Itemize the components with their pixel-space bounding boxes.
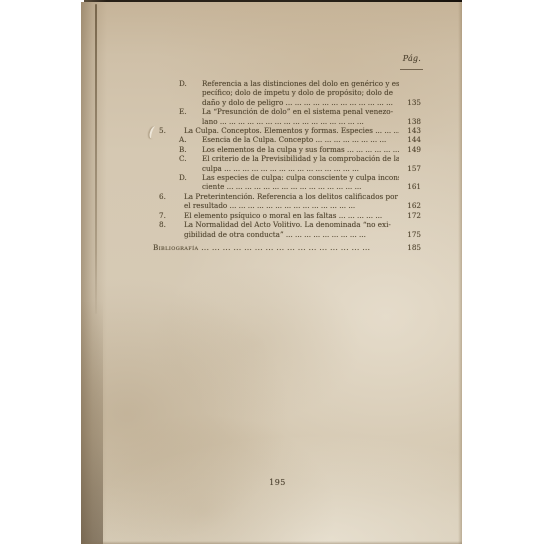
toc-line-label: C. (179, 154, 202, 163)
toc-line-page-number: 185 (404, 243, 421, 252)
toc-line: Bibliografía ... ... ... ... ... ... ...… (153, 243, 421, 252)
toc-line-page-number: 138 (404, 117, 421, 126)
toc-line-text: La “Presunción de dolo” en el sistema pe… (202, 107, 404, 116)
toc-line-text: La Preterintención. Referencia a los del… (184, 192, 404, 201)
toc-line-label: 7. (159, 211, 184, 220)
toc-line-label: D. (179, 173, 202, 182)
page-column-header: Pág. (403, 54, 421, 63)
toc-line-text: lano ... ... ... ... ... ... ... ... ...… (202, 117, 404, 126)
toc-line: B.Los elementos de la culpa y sus formas… (153, 145, 421, 154)
book-page: Pág. D.Referencia a las distinciones del… (81, 2, 462, 544)
toc-line-page-number: 143 (404, 126, 421, 135)
toc-line-label: A. (179, 135, 202, 144)
toc-line-page-number: 172 (404, 211, 421, 220)
toc-line-page-number: 161 (404, 182, 421, 191)
toc-line: 8.La Normalidad del Acto Volitivo. La de… (153, 220, 421, 229)
toc-line-label: D. (179, 79, 202, 88)
toc-line: culpa ... ... ... ... ... ... ... ... ..… (153, 164, 421, 173)
toc-line: lano ... ... ... ... ... ... ... ... ...… (153, 117, 421, 126)
page-bottom-edge (81, 541, 462, 544)
toc-line-page-number: 162 (404, 201, 421, 210)
toc-line-text: Esencia de la Culpa. Concepto ... ... ..… (202, 135, 404, 144)
toc-line: C.El criterio de la Previsibilidad y la … (153, 154, 421, 163)
table-of-contents: D.Referencia a las distinciones del dolo… (153, 79, 421, 252)
toc-line-page-number: 149 (404, 145, 421, 154)
scanned-book-photo: Pág. D.Referencia a las distinciones del… (0, 0, 550, 550)
toc-line-text: Las especies de culpa: culpa consciente … (202, 173, 404, 182)
gutter-crease-line (95, 4, 97, 314)
toc-line-text: El criterio de la Previsibilidad y la co… (202, 154, 404, 163)
toc-line-label: 8. (159, 220, 184, 229)
toc-line-page-number: 144 (404, 135, 421, 144)
toc-line: daño y dolo de peligro ... ... ... ... .… (153, 98, 421, 107)
gutter-bottom-shadow (81, 300, 103, 544)
toc-line: 7.El elemento psíquico o moral en las fa… (153, 211, 421, 220)
toc-line-text: La Normalidad del Acto Volitivo. La deno… (184, 220, 404, 229)
page-right-edge (458, 2, 462, 544)
toc-line-label: 6. (159, 192, 184, 201)
toc-line-text: el resultado ... ... ... ... ... ... ...… (184, 201, 404, 210)
toc-line-text: ciente ... ... ... ... ... ... ... ... .… (202, 182, 404, 191)
toc-line: 6.La Preterintención. Referencia a los d… (153, 192, 421, 201)
toc-line-label: 5. (159, 126, 184, 135)
toc-line-text: Los elementos de la culpa y sus formas .… (202, 145, 404, 154)
toc-line-text: daño y dolo de peligro ... ... ... ... .… (202, 98, 404, 107)
toc-line-text: El elemento psíquico o moral en las falt… (184, 211, 404, 220)
toc-line: gibilidad de otra conducta” ... ... ... … (153, 230, 421, 239)
page-column-header-rule (400, 69, 423, 70)
toc-line: E.La “Presunción de dolo” en el sistema … (153, 107, 421, 116)
toc-line-text: Bibliografía ... ... ... ... ... ... ...… (153, 243, 404, 252)
toc-line-text: culpa ... ... ... ... ... ... ... ... ..… (202, 164, 404, 173)
toc-line-page-number: 175 (404, 230, 421, 239)
toc-line: A.Esencia de la Culpa. Concepto ... ... … (153, 135, 421, 144)
toc-line: ciente ... ... ... ... ... ... ... ... .… (153, 182, 421, 191)
toc-line: el resultado ... ... ... ... ... ... ...… (153, 201, 421, 210)
toc-line-label: B. (179, 145, 202, 154)
toc-line: pecífico; dolo de ímpetu y dolo de propó… (153, 88, 421, 97)
toc-line-page-number: 135 (404, 98, 421, 107)
toc-line-label: E. (179, 107, 202, 116)
toc-line: D.Las especies de culpa: culpa conscient… (153, 173, 421, 182)
toc-line-text: gibilidad de otra conducta” ... ... ... … (184, 230, 404, 239)
toc-line-text: La Culpa. Conceptos. Elementos y formas.… (184, 126, 404, 135)
toc-line-text: Referencia a las distinciones del dolo e… (202, 79, 404, 88)
folio-page-number: 195 (93, 478, 462, 487)
toc-line-page-number: 157 (404, 164, 421, 173)
toc-line: D.Referencia a las distinciones del dolo… (153, 79, 421, 88)
toc-line-text: pecífico; dolo de ímpetu y dolo de propó… (202, 88, 404, 97)
toc-line: 5.La Culpa. Conceptos. Elementos y forma… (153, 126, 421, 135)
